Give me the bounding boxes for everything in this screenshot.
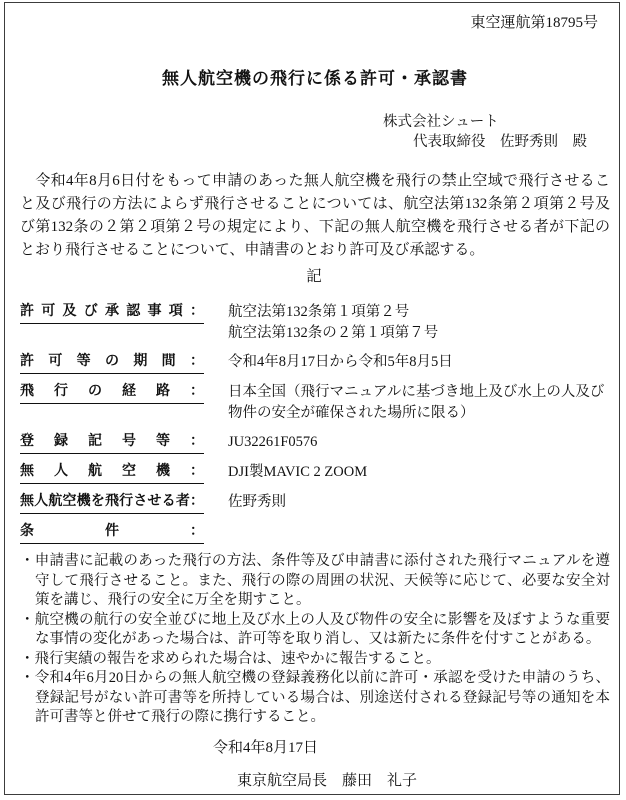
issuer-signature: 東京航空局長 藤田 礼子 xyxy=(237,771,610,792)
item-value: JU32261F0576 xyxy=(228,432,610,453)
item-label: 許可及び承認事項： xyxy=(20,302,204,324)
permit-item-row: 条件： xyxy=(20,522,610,544)
item-value: 航空法第132条第１項第２号 航空法第132条の２第１項第７号 xyxy=(228,302,610,344)
permit-item-row: 許可及び承認事項： 航空法第132条第１項第２号 航空法第132条の２第１項第７… xyxy=(20,302,610,344)
item-value: 日本全国（飛行マニュアルに基づき地上及び水上の人及び物件の安全が確保された場所に… xyxy=(228,382,610,424)
permit-item-row: 飛行の経路： 日本全国（飛行マニュアルに基づき地上及び水上の人及び物件の安全が確… xyxy=(20,382,610,424)
items-section: 許可及び承認事項： 航空法第132条第１項第２号 航空法第132条の２第１項第７… xyxy=(20,302,610,544)
item-label: 飛行の経路： xyxy=(20,382,204,404)
item-label: 無人航空機： xyxy=(20,462,204,484)
body-paragraph: 令和4年8月6日付をもって申請のあった無人航空機を飛行の禁止空域で飛行させること… xyxy=(20,170,610,262)
permit-item-row: 許可等の期間： 令和4年8月17日から令和5年8月5日 xyxy=(20,352,610,374)
ki-heading: 記 xyxy=(20,266,610,288)
condition-item: ・航空機の航行の安全並びに地上及び水上の人及び物件の安全に影響を及ぼすような重要… xyxy=(20,611,610,650)
condition-item: ・令和4年6月20日からの無人航空機の登録義務化以前に許可・承認を受けた申請のう… xyxy=(20,669,610,728)
document-number: 東空運航第18795号 xyxy=(20,14,610,32)
document-title: 無人航空機の飛行に係る許可・承認書 xyxy=(20,68,610,90)
issue-date: 令和4年8月17日 xyxy=(213,738,610,759)
page-content: 東空運航第18795号 無人航空機の飛行に係る許可・承認書 株式会社シュート 代… xyxy=(20,14,610,792)
item-value: 佐野秀則 xyxy=(228,492,610,513)
permit-item-row: 無人航空機を飛行させる者： 佐野秀則 xyxy=(20,492,610,514)
condition-item: ・飛行実績の報告を求められた場合は、速やかに報告すること。 xyxy=(20,650,610,670)
permit-item-row: 登録記号等： JU32261F0576 xyxy=(20,432,610,454)
recipient-block: 株式会社シュート 代表取締役 佐野秀則 殿 xyxy=(383,112,610,152)
recipient-company: 株式会社シュート xyxy=(383,112,610,132)
item-label: 条件： xyxy=(20,522,204,544)
recipient-person: 代表取締役 佐野秀則 殿 xyxy=(413,132,610,152)
item-value: 令和4年8月17日から令和5年8月5日 xyxy=(228,352,610,373)
permit-item-row: 無人航空機： DJI製MAVIC 2 ZOOM xyxy=(20,462,610,484)
item-label: 登録記号等： xyxy=(20,432,204,454)
item-value: DJI製MAVIC 2 ZOOM xyxy=(228,462,610,483)
condition-item: ・申請書に記載のあった飛行の方法、条件等及び申請書に添付された飛行マニュアルを遵… xyxy=(20,552,610,611)
permit-document-page: 東空運航第18795号 無人航空機の飛行に係る許可・承認書 株式会社シュート 代… xyxy=(0,0,626,800)
conditions-list: ・申請書に記載のあった飛行の方法、条件等及び申請書に添付された飛行マニュアルを遵… xyxy=(20,552,610,728)
item-label: 許可等の期間： xyxy=(20,352,204,374)
item-label: 無人航空機を飛行させる者： xyxy=(20,492,204,514)
